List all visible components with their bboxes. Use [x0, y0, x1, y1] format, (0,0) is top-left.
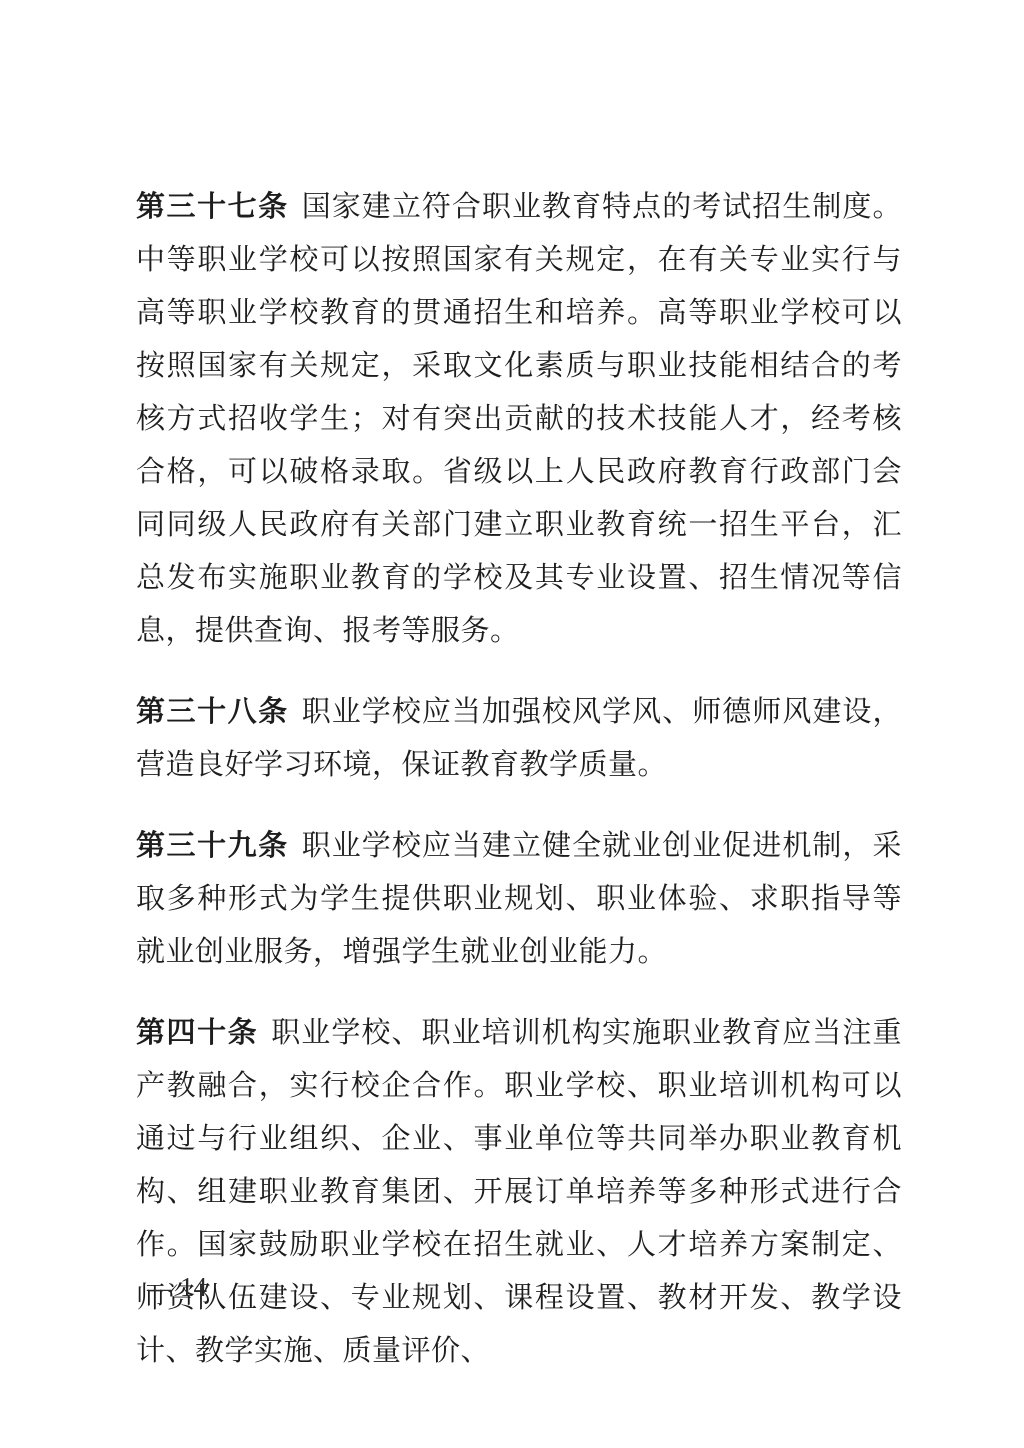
article-38-paragraph: 第三十八条职业学校应当加强校风学风、师德师风建设，营造良好学习环境，保证教育教学… [136, 686, 902, 792]
article-37-text: 国家建立符合职业教育特点的考试招生制度。中等职业学校可以按照国家有关规定，在有关… [136, 191, 902, 647]
article-40-text: 职业学校、职业培训机构实施职业教育应当注重产教融合，实行校企合作。职业学校、职业… [136, 1017, 902, 1367]
document-page: 第三十七条国家建立符合职业教育特点的考试招生制度。中等职业学校可以按照国家有关规… [0, 0, 1024, 1448]
page-number: 14 [180, 1272, 207, 1302]
article-39-number: 第三十九条 [136, 830, 289, 862]
article-39-paragraph: 第三十九条职业学校应当建立健全就业创业促进机制，采取多种形式为学生提供职业规划、… [136, 820, 902, 979]
page-footer: — 14 [147, 1272, 207, 1302]
article-40-number: 第四十条 [136, 1017, 258, 1049]
article-37-number: 第三十七条 [136, 191, 289, 223]
article-40-paragraph: 第四十条职业学校、职业培训机构实施职业教育应当注重产教融合，实行校企合作。职业学… [136, 1007, 902, 1378]
page-number-dash: — [147, 1274, 171, 1304]
article-38-number: 第三十八条 [136, 696, 289, 728]
document-body: 第三十七条国家建立符合职业教育特点的考试招生制度。中等职业学校可以按照国家有关规… [136, 181, 902, 1406]
article-37-paragraph: 第三十七条国家建立符合职业教育特点的考试招生制度。中等职业学校可以按照国家有关规… [136, 181, 902, 658]
